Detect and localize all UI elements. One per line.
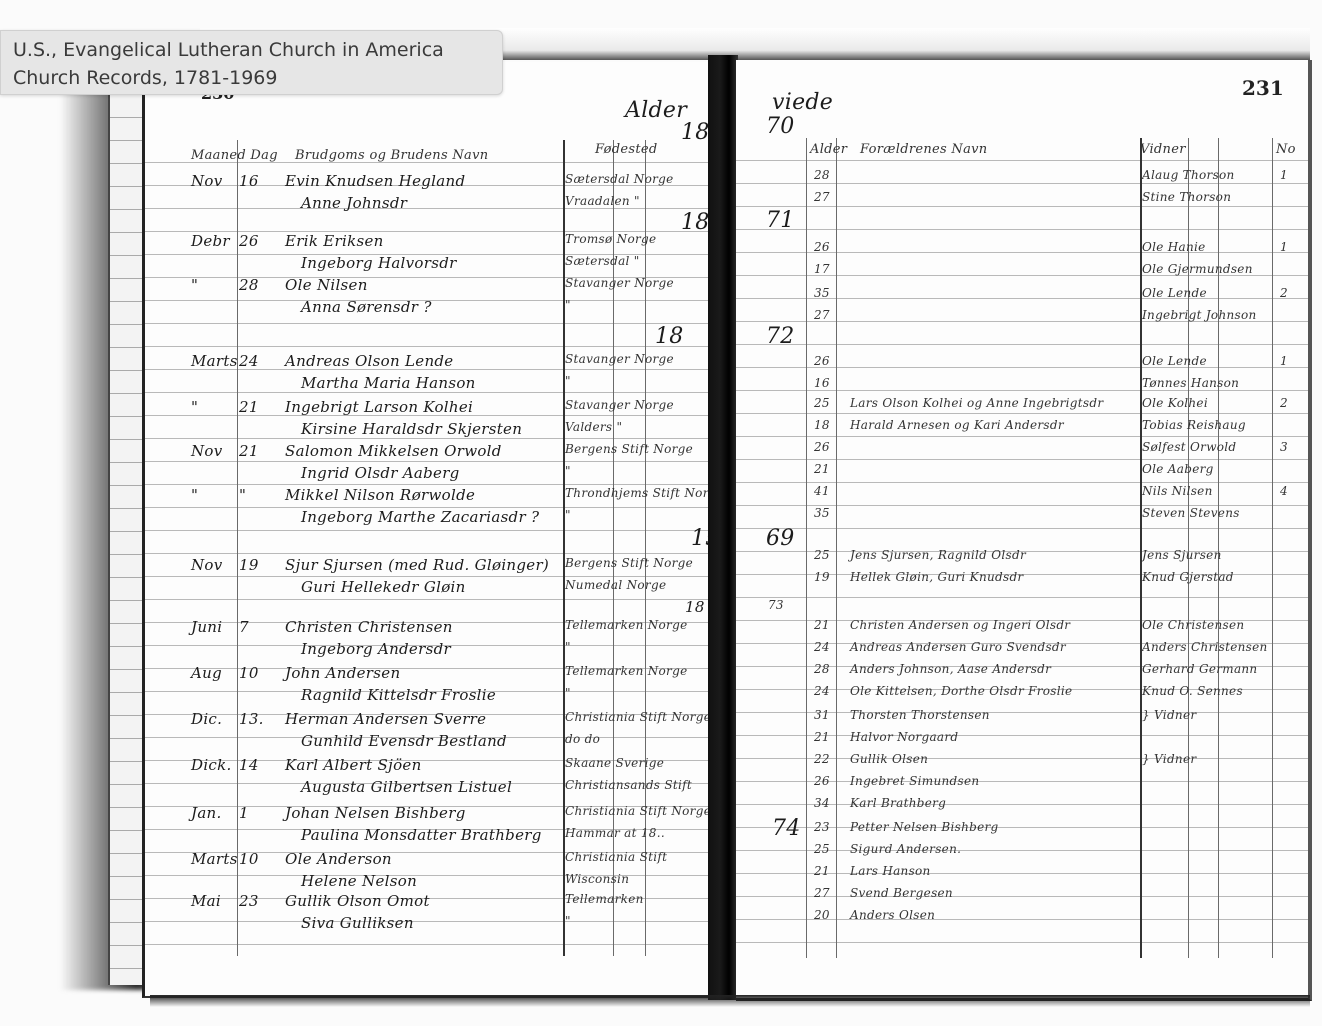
row-parents-name: Sigurd Andersen. xyxy=(850,842,961,856)
row-witness: Ole Gjermundsen xyxy=(1142,262,1253,276)
entry-groom-birthplace: Bergens Stift Norge xyxy=(565,556,693,570)
entry-month: Dick. xyxy=(191,756,232,774)
entry-month: " xyxy=(191,276,198,294)
entry-bride-birthplace: Sætersdal " xyxy=(565,254,640,268)
entry-month: " xyxy=(191,486,198,504)
entry-bride-birthplace: " xyxy=(565,464,571,478)
entry-bride-name: Siva Gulliksen xyxy=(301,914,414,932)
page-number: 231 xyxy=(1242,76,1284,100)
entry-groom-birthplace: Throndhjems Stift Norge xyxy=(565,486,711,500)
column-divider xyxy=(237,140,238,956)
entry-groom-name: Karl Albert Sjöen xyxy=(285,756,422,774)
entry-bride-birthplace: " xyxy=(565,508,571,522)
right-page: 231 viede Alder Forældrenes Navn Vidner … xyxy=(736,60,1312,1001)
row-witness: Ingebrigt Johnson xyxy=(1142,308,1257,322)
entry-month: Nov xyxy=(191,172,223,190)
entry-bride-birthplace: " xyxy=(565,686,571,700)
entry-month: Mai xyxy=(191,892,221,910)
row-age: 25 xyxy=(814,396,830,410)
year-marker: 69 xyxy=(766,526,795,551)
row-age: 28 xyxy=(814,168,830,182)
entry-bride-birthplace: " xyxy=(565,640,571,654)
entry-day: 24 xyxy=(239,352,259,370)
left-page: 230 Alder Maaned Dag Brudgoms og Brudens… xyxy=(142,62,711,998)
row-witness: Knud O. Sennes xyxy=(1142,684,1243,698)
row-parents-name: Lars Hanson xyxy=(850,864,931,878)
entry-bride-birthplace: Hammar at 18.. xyxy=(565,826,665,840)
entry-day: 1 xyxy=(239,804,249,822)
row-parents-name: Ingebret Simundsen xyxy=(850,774,979,788)
year-marker: 70 xyxy=(766,114,795,139)
entry-day: 21 xyxy=(239,398,259,416)
row-witness: Ole Hanie xyxy=(1142,240,1206,254)
entry-day: 10 xyxy=(239,664,259,682)
row-age: 16 xyxy=(814,376,830,390)
entry-day: 7 xyxy=(239,618,249,636)
entry-bride-birthplace: " xyxy=(565,914,571,928)
entry-groom-birthplace: Tellemarken xyxy=(565,892,644,906)
entry-groom-name: John Andersen xyxy=(285,664,400,682)
entry-month: Dic. xyxy=(191,710,222,728)
document-image-viewer[interactable]: 21 230 Alder Maaned Dag Brudgoms og Brud… xyxy=(0,0,1322,1026)
entry-groom-name: Erik Eriksen xyxy=(285,232,384,250)
row-parents-name: Anders Olsen xyxy=(850,908,935,922)
year-marker: 18 xyxy=(655,324,684,349)
row-witness: } Vidner xyxy=(1142,752,1196,766)
entry-day: 13. xyxy=(239,710,264,728)
entry-bride-name: Ingeborg Marthe Zacariasdr ? xyxy=(301,508,539,526)
row-witness: Tobias Reishaug xyxy=(1142,418,1246,432)
entry-bride-name: Gunhild Evensdr Bestland xyxy=(301,732,507,750)
entry-bride-birthplace: " xyxy=(565,374,571,388)
row-age: 19 xyxy=(814,570,830,584)
entry-bride-name: Ingrid Olsdr Aaberg xyxy=(301,464,460,482)
entry-groom-name: Ole Anderson xyxy=(285,850,392,868)
row-age: 17 xyxy=(814,262,830,276)
row-parents-name: Gullik Olsen xyxy=(850,752,928,766)
entry-groom-name: Herman Andersen Sverre xyxy=(285,710,486,728)
row-parents-name: Hellek Gløin, Guri Knudsdr xyxy=(850,570,1023,584)
row-age: 22 xyxy=(814,752,830,766)
entry-groom-birthplace: Tromsø Norge xyxy=(565,232,656,246)
entry-groom-name: Ingebrigt Larson Kolhei xyxy=(285,398,473,416)
row-witness: Ole Kolhei xyxy=(1142,396,1208,410)
entry-groom-birthplace: Skaane Sverige xyxy=(565,756,664,770)
entry-bride-birthplace: Christiansands Stift xyxy=(565,778,692,792)
entry-groom-name: Gullik Olson Omot xyxy=(285,892,430,910)
header-number: No xyxy=(1276,142,1296,157)
header-age-label: Alder xyxy=(625,98,687,123)
entry-bride-birthplace: Numedal Norge xyxy=(565,578,666,592)
row-witness: Ole Lende xyxy=(1142,286,1207,300)
column-divider xyxy=(1272,138,1273,958)
year-marker: 73 xyxy=(768,598,784,612)
entry-day: 26 xyxy=(239,232,259,250)
entry-groom-birthplace: Tellemarken Norge xyxy=(565,664,687,678)
row-age: 31 xyxy=(814,708,830,722)
entry-day: 16 xyxy=(239,172,259,190)
column-divider xyxy=(806,138,807,958)
row-age: 27 xyxy=(814,308,830,322)
entry-month: Juni xyxy=(191,618,222,636)
row-age: 35 xyxy=(814,506,830,520)
year-marker: 18 xyxy=(685,598,705,616)
row-age: 28 xyxy=(814,662,830,676)
row-age: 27 xyxy=(814,190,830,204)
row-age: 25 xyxy=(814,548,830,562)
entry-bride-name: Anne Johnsdr xyxy=(301,194,407,212)
row-age: 25 xyxy=(814,842,830,856)
entry-bride-name: Anna Sørensdr ? xyxy=(301,298,432,316)
row-witness: Nils Nilsen xyxy=(1142,484,1213,498)
year-marker: 71 xyxy=(766,208,795,233)
entry-groom-birthplace: Sætersdal Norge xyxy=(565,172,674,186)
year-marker: 72 xyxy=(766,324,795,349)
entry-groom-birthplace: Stavanger Norge xyxy=(565,352,674,366)
row-witness: Tønnes Hanson xyxy=(1142,376,1239,390)
row-age: 23 xyxy=(814,820,830,834)
entry-groom-name: Salomon Mikkelsen Orwold xyxy=(285,442,502,460)
left-margin-strip xyxy=(108,95,145,985)
row-age: 21 xyxy=(814,462,830,476)
row-witness: Alaug Thorson xyxy=(1142,168,1235,182)
entry-bride-birthplace: do do xyxy=(565,732,600,746)
entry-bride-name: Helene Nelson xyxy=(301,872,417,890)
book-bottom-shadow xyxy=(150,995,1310,1007)
header-month-day: Maaned Dag xyxy=(191,148,278,163)
row-age: 24 xyxy=(814,640,830,654)
entry-groom-name: Evin Knudsen Hegland xyxy=(285,172,465,190)
row-parents-name: Andreas Andersen Guro Svendsdr xyxy=(850,640,1066,654)
entry-groom-name: Mikkel Nilson Rørwolde xyxy=(285,486,475,504)
column-divider xyxy=(836,138,837,958)
row-witness: Ole Aaberg xyxy=(1142,462,1214,476)
row-age: 18 xyxy=(814,418,830,432)
row-parents-name: Christen Andersen og Ingeri Olsdr xyxy=(850,618,1070,632)
collection-title-tooltip: U.S., Evangelical Lutheran Church in Ame… xyxy=(0,30,503,95)
entry-groom-birthplace: Stavanger Norge xyxy=(565,398,674,412)
row-age: 34 xyxy=(814,796,830,810)
header-witnesses: Vidner xyxy=(1140,142,1186,157)
year-marker: 74 xyxy=(772,816,801,841)
row-parents-name: Halvor Norgaard xyxy=(850,730,958,744)
collection-title-line1: U.S., Evangelical Lutheran Church in Ame… xyxy=(13,36,490,64)
header-title: viede xyxy=(772,90,833,115)
row-witness: Jens Sjursen xyxy=(1142,548,1222,562)
entry-groom-name: Sjur Sjursen (med Rud. Gløinger) xyxy=(285,556,549,574)
entry-groom-birthplace: Christiania Stift Norge xyxy=(565,710,711,724)
row-number: 1 xyxy=(1280,354,1288,368)
row-age: 24 xyxy=(814,684,830,698)
row-witness: Sølfest Orwold xyxy=(1142,440,1236,454)
row-number: 3 xyxy=(1280,440,1288,454)
entry-month: " xyxy=(191,398,198,416)
row-witness: } Vidner xyxy=(1142,708,1196,722)
entry-month: Nov xyxy=(191,442,223,460)
row-witness: Ole Christensen xyxy=(1142,618,1244,632)
row-parents-name: Anders Johnson, Aase Andersdr xyxy=(850,662,1051,676)
entry-day: 19 xyxy=(239,556,259,574)
row-age: 21 xyxy=(814,618,830,632)
entry-bride-name: Paulina Monsdatter Brathberg xyxy=(301,826,542,844)
entry-month: Debr xyxy=(191,232,230,250)
row-parents-name: Petter Nelsen Bishberg xyxy=(850,820,999,834)
row-number: 2 xyxy=(1280,396,1288,410)
row-parents-name: Jens Sjursen, Ragnild Olsdr xyxy=(850,548,1026,562)
entry-groom-name: Ole Nilsen xyxy=(285,276,368,294)
row-witness: Knud Gjerstad xyxy=(1142,570,1234,584)
row-parents-name: Ole Kittelsen, Dorthe Olsdr Froslie xyxy=(850,684,1072,698)
entry-day: " xyxy=(239,486,246,504)
entry-bride-name: Ingeborg Andersdr xyxy=(301,640,451,658)
row-parents-name: Svend Bergesen xyxy=(850,886,953,900)
row-witness: Anders Christensen xyxy=(1142,640,1268,654)
entry-bride-name: Augusta Gilbertsen Listuel xyxy=(301,778,512,796)
entry-bride-birthplace: Wisconsin xyxy=(565,872,629,886)
header-names: Brudgoms og Brudens Navn xyxy=(295,148,488,163)
entry-groom-name: Christen Christensen xyxy=(285,618,453,636)
row-age: 26 xyxy=(814,354,830,368)
header-parents: Forældrenes Navn xyxy=(860,142,987,157)
entry-bride-name: Guri Hellekedr Gløin xyxy=(301,578,466,596)
entry-groom-birthplace: Christiania Stift Norge xyxy=(565,804,711,818)
entry-month: Marts xyxy=(191,352,238,370)
row-number: 2 xyxy=(1280,286,1288,300)
entry-day: 14 xyxy=(239,756,259,774)
header-birthplace: Fødested xyxy=(595,142,657,157)
row-age: 35 xyxy=(814,286,830,300)
row-parents-name: Harald Arnesen og Kari Andersdr xyxy=(850,418,1064,432)
entry-day: 21 xyxy=(239,442,259,460)
entry-bride-name: Ingeborg Halvorsdr xyxy=(301,254,457,272)
entry-day: 10 xyxy=(239,850,259,868)
entry-month: Marts xyxy=(191,850,238,868)
row-parents-name: Karl Brathberg xyxy=(850,796,946,810)
entry-day: 28 xyxy=(239,276,259,294)
row-age: 21 xyxy=(814,864,830,878)
entry-groom-birthplace: Tellemarken Norge xyxy=(565,618,687,632)
row-age: 26 xyxy=(814,774,830,788)
entry-groom-birthplace: Christiania Stift xyxy=(565,850,667,864)
row-witness: Stine Thorson xyxy=(1142,190,1231,204)
year-marker: 18 xyxy=(681,120,710,145)
entry-groom-name: Andreas Olson Lende xyxy=(285,352,453,370)
book-spine xyxy=(708,55,738,1000)
row-age: 27 xyxy=(814,886,830,900)
row-number: 1 xyxy=(1280,168,1288,182)
row-parents-name: Thorsten Thorstensen xyxy=(850,708,990,722)
collection-title-line2: Church Records, 1781-1969 xyxy=(13,64,490,92)
row-number: 4 xyxy=(1280,484,1288,498)
entry-bride-birthplace: " xyxy=(565,298,571,312)
row-age: 41 xyxy=(814,484,830,498)
row-age: 21 xyxy=(814,730,830,744)
entry-month: Aug xyxy=(191,664,222,682)
entry-bride-birthplace: Valders " xyxy=(565,420,622,434)
entry-bride-name: Martha Maria Hanson xyxy=(301,374,476,392)
row-age: 20 xyxy=(814,908,830,922)
row-number: 1 xyxy=(1280,240,1288,254)
entry-month: Nov xyxy=(191,556,223,574)
entry-day: 23 xyxy=(239,892,259,910)
entry-groom-name: Johan Nelsen Bishberg xyxy=(285,804,466,822)
header-age: Alder xyxy=(810,142,847,157)
row-parents-name: Lars Olson Kolhei og Anne Ingebrigtsdr xyxy=(850,396,1103,410)
row-witness: Steven Stevens xyxy=(1142,506,1240,520)
entry-month: Jan. xyxy=(191,804,222,822)
entry-bride-name: Ragnild Kittelsdr Froslie xyxy=(301,686,496,704)
row-age: 26 xyxy=(814,240,830,254)
year-marker: 18 xyxy=(681,210,710,235)
row-witness: Ole Lende xyxy=(1142,354,1207,368)
entry-bride-name: Kirsine Haraldsdr Skjersten xyxy=(301,420,522,438)
entry-groom-birthplace: Stavanger Norge xyxy=(565,276,674,290)
entry-bride-birthplace: Vraadalen " xyxy=(565,194,640,208)
row-age: 26 xyxy=(814,440,830,454)
row-witness: Gerhard Germann xyxy=(1142,662,1257,676)
entry-groom-birthplace: Bergens Stift Norge xyxy=(565,442,693,456)
